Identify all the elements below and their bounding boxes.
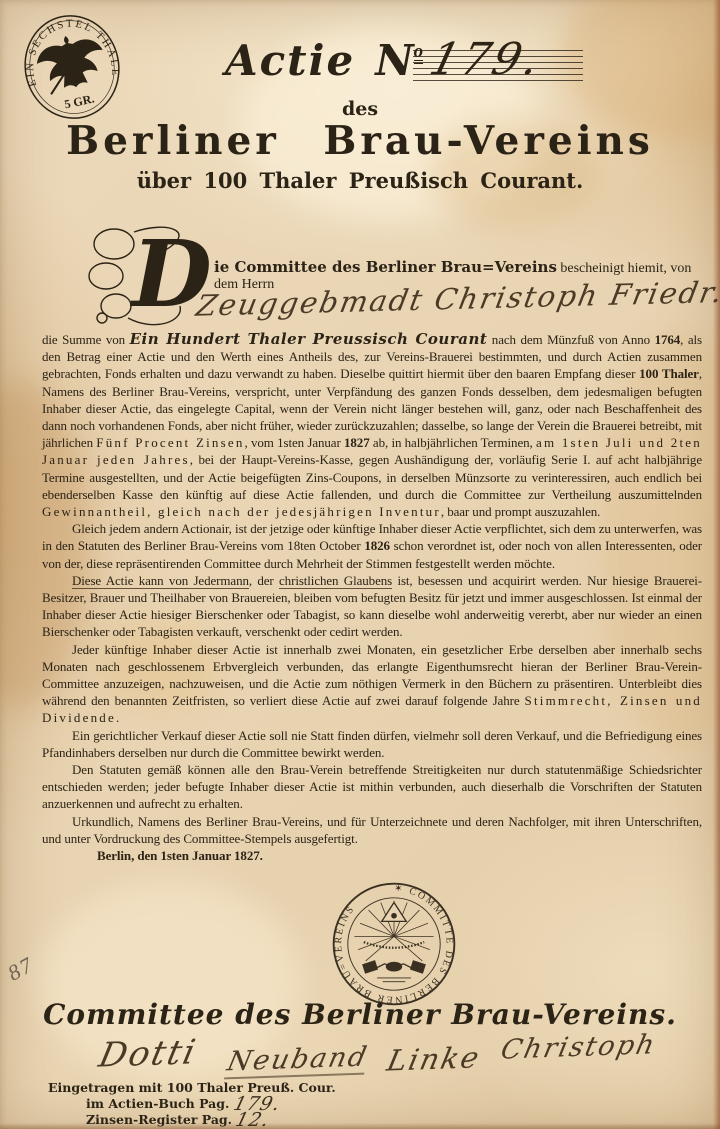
share-certificate: EIN SECHSTEL THALER 5 GR. Actie No 179. …: [0, 0, 720, 1129]
intro-bold: ie Committee des Berliner Brau=Vereins: [214, 258, 557, 276]
des-label: des: [0, 98, 720, 120]
body-paragraph: Jeder künftige Inhaber dieser Actie ist …: [42, 641, 702, 727]
body-paragraph: Ein gerichtlicher Verkauf dieser Actie s…: [42, 727, 702, 761]
denomination: über 100 Thaler Preußisch Courant.: [0, 168, 720, 193]
signature-3: Linke: [384, 1040, 484, 1077]
body-paragraph: die Summe von Ein Hundert Thaler Preussi…: [42, 331, 702, 520]
committee-heading: Committee des Berliner Brau-Vereins.: [0, 998, 720, 1031]
body-paragraph: Urkundlich, Namens des Berliner Brau-Ver…: [42, 813, 702, 847]
registry-line-3: Zinsen-Register Pag. 12.: [86, 1112, 336, 1128]
seal-motto-band: [364, 942, 424, 948]
zinsen-register-page: 12.: [234, 1112, 271, 1128]
committee-seal: ✶ COMMITTE DES BERLINER BRAU=VEREINS: [328, 878, 460, 1010]
handshake-icon: [363, 961, 425, 973]
actie-label: Actie: [225, 36, 355, 85]
registry-line-1: Eingetragen mit 100 Thaler Preuß. Cour.: [48, 1080, 336, 1096]
signature-1: Dotti: [95, 1032, 200, 1075]
signature-4: Christoph: [498, 1029, 659, 1065]
eye-triangle-icon: [382, 903, 407, 922]
body-paragraph: Gleich jedem andern Actionair, ist der j…: [42, 520, 702, 572]
body-paragraph: Diese Actie kann von Jedermann, der chri…: [42, 572, 702, 641]
body-paragraph: Berlin, den 1sten Januar 1827.: [42, 847, 702, 864]
signature-2: Neuband: [224, 1042, 371, 1080]
title-row: Actie No 179.: [225, 36, 605, 92]
registry-line-2: im Actien-Buch Pag. 179.: [86, 1096, 336, 1112]
body-paragraph: Den Statuten gemäß können alle den Brau-…: [42, 761, 702, 813]
zinsen-register-label: Zinsen-Register Pag.: [86, 1112, 232, 1127]
registry-block: Eingetragen mit 100 Thaler Preuß. Cour. …: [48, 1080, 336, 1128]
pencil-margin-note: 87: [3, 951, 38, 986]
share-number-lines: 179.: [413, 50, 583, 82]
number-sign: N: [375, 36, 415, 85]
issuer-name: Berliner Brau-Vereins: [0, 118, 720, 164]
body-paragraphs: die Summe von Ein Hundert Thaler Preussi…: [42, 331, 702, 864]
share-number: 179.: [425, 34, 548, 85]
actien-buch-label: im Actien-Buch Pag.: [86, 1096, 229, 1111]
all-seeing-eye-icon: [391, 913, 397, 919]
